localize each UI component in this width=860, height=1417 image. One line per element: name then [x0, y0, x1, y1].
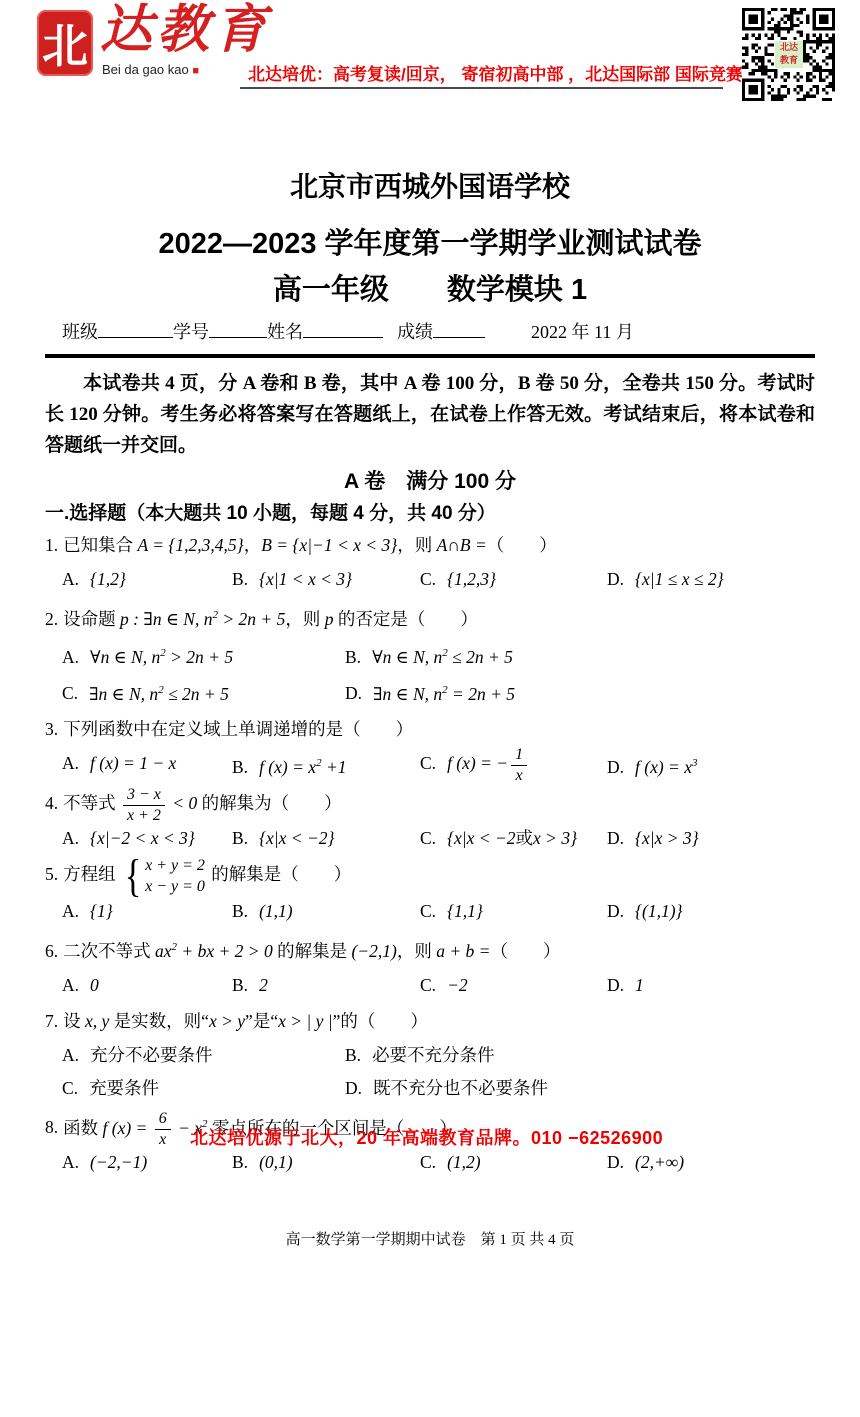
option-item: D.f (x) = x3: [607, 747, 815, 784]
question-item: 1.已知集合 A = {1,2,3,4,5}，B = {x|−1 < x < 3…: [45, 529, 815, 596]
question-stem: 7.设 x, y 是实数，则“x > y”是“x > | y |”的（ ）: [45, 1005, 815, 1038]
option-item: A.(−2,−1): [62, 1146, 232, 1179]
option-label: B.: [345, 647, 361, 667]
question-number: 1.: [45, 535, 58, 555]
option-row: A.∀n ∈ N, n2 > 2n + 5B.∀n ∈ N, n2 ≤ 2n +…: [45, 637, 815, 711]
question-number: 8.: [45, 1117, 58, 1137]
page-footer: 高一数学第一学期期中试卷 第 1 页 共 4 页: [0, 1228, 860, 1249]
option-item: C.{1,1}: [420, 895, 607, 928]
option-item: B.2: [232, 969, 420, 1002]
logo-subtext: Bei da gao kao ■: [102, 62, 199, 77]
option-item: B.(0,1): [232, 1146, 420, 1179]
question-item: 2.设命题 p : ∃n ∈ N, n2 > 2n + 5，则 p 的否定是（ …: [45, 599, 815, 710]
school-title: 北京市西城外国语学校: [45, 170, 815, 204]
id-label: 学号: [173, 322, 209, 342]
header-rule: [45, 354, 815, 358]
red-square-icon: ■: [192, 65, 199, 77]
exam-notice: 本试卷共 4 页，分 A 卷和 B 卷，其中 A 卷 100 分，B 卷 50 …: [45, 368, 815, 461]
option-item: C.{1,2,3}: [420, 563, 607, 596]
question-number: 3.: [45, 719, 58, 739]
option-label: C.: [420, 828, 436, 848]
option-label: C.: [62, 1078, 78, 1098]
option-label: B.: [232, 569, 248, 589]
option-label: B.: [232, 828, 248, 848]
option-label: A.: [62, 975, 79, 995]
option-label: C.: [420, 753, 436, 773]
name-blank: [303, 319, 383, 338]
option-label: A.: [62, 1045, 79, 1065]
option-row: A.{1,2}B.{x|1 < x < 3}C.{1,2,3}D.{x|1 ≤ …: [45, 563, 815, 596]
option-label: D.: [607, 975, 624, 995]
option-row: A.{x|−2 < x < 3}B.{x|x < −2}C.{x|x < −2或…: [45, 822, 815, 855]
question-item: 7.设 x, y 是实数，则“x > y”是“x > | y |”的（ ）A.充…: [45, 1005, 815, 1105]
section-a-title: A 卷 满分 100 分: [45, 468, 815, 496]
exam-paper-page: 北 达教育 Bei da gao kao ■ 北达培优：高考复读/回京， 寄宿初…: [0, 0, 860, 1417]
question-stem: 3.下列函数中在定义域上单调递增的是（ ）: [45, 713, 815, 746]
option-label: D.: [607, 569, 624, 589]
option-item: D.1: [607, 969, 815, 1002]
qr-center-label: 北达 教育: [775, 41, 803, 68]
question-number: 7.: [45, 1011, 58, 1031]
option-label: A.: [62, 901, 79, 921]
main-content: 北京市西城外国语学校 2022—2023 学年度第一学期学业测试试卷 高一年级 …: [45, 108, 815, 1182]
option-row: A.(−2,−1)B.(0,1)C.(1,2)D.(2,+∞): [45, 1146, 815, 1179]
question-stem: 1.已知集合 A = {1,2,3,4,5}，B = {x|−1 < x < 3…: [45, 529, 815, 562]
exam-date: 2022 年 11 月: [531, 322, 634, 342]
option-item: C.充要条件: [62, 1072, 345, 1105]
header: 北 达教育 Bei da gao kao ■ 北达培优：高考复读/回京， 寄宿初…: [0, 0, 860, 108]
option-label: B.: [345, 1045, 361, 1065]
option-label: B.: [232, 1152, 248, 1172]
option-item: B.{x|x < −2}: [232, 822, 420, 855]
option-item: B.f (x) = x2 +1: [232, 747, 420, 784]
option-label: C.: [420, 975, 436, 995]
option-item: A.f (x) = 1 − x: [62, 747, 232, 784]
exam-title: 2022—2023 学年度第一学期学业测试试卷: [45, 224, 815, 264]
red-watermark: 北达培优源于北大，20 年高端教育品牌。010 −62526900: [190, 1124, 663, 1150]
question-stem: 2.设命题 p : ∃n ∈ N, n2 > 2n + 5，则 p 的否定是（ …: [45, 599, 815, 636]
option-item: A.{x|−2 < x < 3}: [62, 822, 232, 855]
class-label: 班级: [62, 322, 98, 342]
grade-subject-title: 高一年级 数学模块 1: [45, 270, 815, 310]
option-label: C.: [420, 569, 436, 589]
question-number: 4.: [45, 793, 58, 813]
option-item: C.∃n ∈ N, n2 ≤ 2n + 5: [62, 674, 345, 711]
question-stem: 5.方程组 {x + y = 2x − y = 0 的解集是（ ）: [45, 858, 815, 894]
equation-system: {x + y = 2x − y = 0: [122, 854, 205, 898]
option-item: D.(2,+∞): [607, 1146, 815, 1179]
fraction: 1x: [511, 746, 527, 785]
question-item: 5.方程组 {x + y = 2x − y = 0 的解集是（ ）A.{1}B.…: [45, 858, 815, 928]
question-number: 5.: [45, 864, 58, 884]
option-row: A.0B.2C.−2D.1: [45, 969, 815, 1002]
question-number: 6.: [45, 941, 58, 961]
option-label: D.: [607, 901, 624, 921]
option-item: B.必要不充分条件: [345, 1039, 815, 1072]
option-label: A.: [62, 753, 79, 773]
qr-code: 北达 教育: [740, 8, 837, 101]
option-row: A.充分不必要条件B.必要不充分条件C.充要条件D.既不充分也不必要条件: [45, 1039, 815, 1105]
option-item: A.{1,2}: [62, 563, 232, 596]
header-divider: [240, 87, 723, 89]
option-label: A.: [62, 569, 79, 589]
option-label: B.: [232, 975, 248, 995]
option-item: C.{x|x < −2或x > 3}: [420, 822, 607, 855]
option-item: A.{1}: [62, 895, 232, 928]
header-tagline: 北达培优：高考复读/回京， 寄宿初高中部 ，北达国际部 国际竞赛部: [248, 60, 760, 85]
option-item: A.∀n ∈ N, n2 > 2n + 5: [62, 637, 345, 674]
option-item: D.{x|1 ≤ x ≤ 2}: [607, 563, 815, 596]
fraction: 3 − xx + 2: [123, 786, 165, 825]
option-label: B.: [232, 901, 248, 921]
score-blank: [433, 319, 485, 338]
option-item: D.既不充分也不必要条件: [345, 1072, 815, 1105]
option-item: A.充分不必要条件: [62, 1039, 345, 1072]
option-label: A.: [62, 1152, 79, 1172]
option-label: A.: [62, 647, 79, 667]
option-item: B.{x|1 < x < 3}: [232, 563, 420, 596]
question-number: 2.: [45, 609, 58, 629]
option-label: C.: [62, 683, 78, 703]
option-item: C.(1,2): [420, 1146, 607, 1179]
option-label: D.: [607, 1152, 624, 1172]
question-stem: 4.不等式 3 − xx + 2 < 0 的解集为（ ）: [45, 787, 815, 820]
question-item: 4.不等式 3 − xx + 2 < 0 的解集为（ ）A.{x|−2 < x …: [45, 787, 815, 854]
option-label: C.: [420, 1152, 436, 1172]
student-info-row: 班级学号姓名成绩2022 年 11 月: [45, 319, 815, 345]
question-stem: 6.二次不等式 ax2 + bx + 2 > 0 的解集是 (−2,1)，则 a…: [45, 931, 815, 968]
option-row: A.{1}B.(1,1)C.{1,1}D.{(1,1)}: [45, 895, 815, 928]
option-item: B.(1,1): [232, 895, 420, 928]
option-item: D.{(1,1)}: [607, 895, 815, 928]
fraction: 6x: [155, 1110, 171, 1149]
name-label: 姓名: [267, 322, 303, 342]
question-item: 3.下列函数中在定义域上单调递增的是（ ）A.f (x) = 1 − xB.f …: [45, 713, 815, 784]
option-item: C.−2: [420, 969, 607, 1002]
option-item: D.∃n ∈ N, n2 = 2n + 5: [345, 674, 815, 711]
option-label: D.: [345, 1078, 362, 1098]
part1-title: 一.选择题（本大题共 10 小题，每题 4 分，共 40 分）: [45, 501, 815, 527]
id-blank: [209, 319, 267, 338]
questions: 1.已知集合 A = {1,2,3,4,5}，B = {x|−1 < x < 3…: [45, 529, 815, 1179]
option-label: D.: [607, 828, 624, 848]
option-label: A.: [62, 828, 79, 848]
logo-seal: 北: [37, 10, 93, 76]
option-label: B.: [232, 757, 248, 777]
class-blank: [98, 319, 173, 338]
option-label: D.: [345, 683, 362, 703]
question-item: 6.二次不等式 ax2 + bx + 2 > 0 的解集是 (−2,1)，则 a…: [45, 931, 815, 1002]
option-item: C.f (x) = −1x: [420, 747, 607, 784]
logo-seal-char: 北: [42, 10, 88, 76]
option-label: C.: [420, 901, 436, 921]
option-item: A.0: [62, 969, 232, 1002]
option-row: A.f (x) = 1 − xB.f (x) = x2 +1C.f (x) = …: [45, 747, 815, 784]
option-label: D.: [607, 757, 624, 777]
option-item: D.{x|x > 3}: [607, 822, 815, 855]
question-item: 8.函数 f (x) = 6x − x2 零点所在的一个区间是（ ）A.(−2,…: [45, 1108, 815, 1179]
score-label: 成绩: [397, 322, 433, 342]
option-item: B.∀n ∈ N, n2 ≤ 2n + 5: [345, 637, 815, 674]
logo-brand-text: 达教育: [100, 2, 271, 60]
